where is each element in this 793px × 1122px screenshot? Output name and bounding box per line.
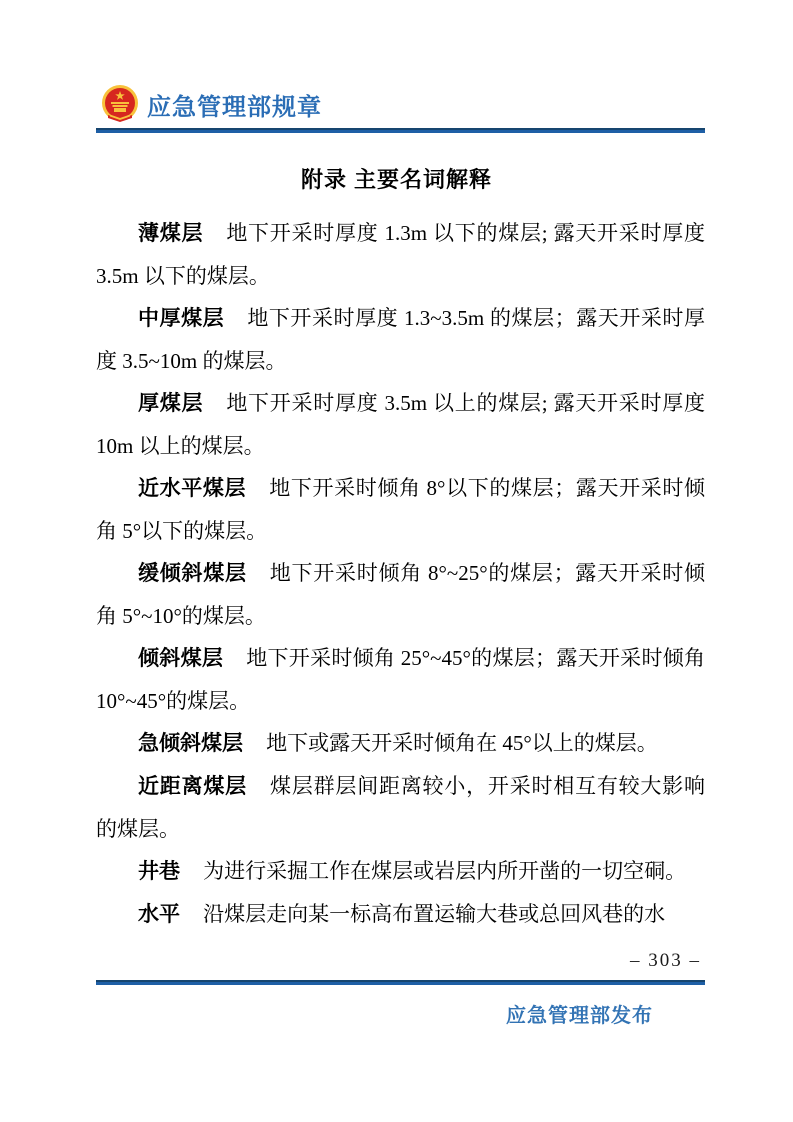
term-paragraph: 急倾斜煤层地下或露天开采时倾角在 45°以上的煤层。: [96, 722, 705, 765]
document-page: 应急管理部规章 附录 主要名词解释 薄煤层地下开采时厚度 1.3m 以下的煤层;…: [0, 0, 793, 1122]
term-paragraph: 近水平煤层地下开采时倾角 8°以下的煤层；露天开采时倾角 5°以下的煤层。: [96, 467, 705, 552]
term-paragraph: 近距离煤层煤层群层间距离较小，开采时相互有较大影响的煤层。: [96, 765, 705, 850]
term-name: 中厚煤层: [138, 307, 224, 330]
org-label: 应急管理部规章: [147, 87, 322, 122]
term-name: 近水平煤层: [138, 477, 246, 500]
national-emblem-icon: [100, 84, 140, 124]
term-paragraph: 厚煤层地下开采时厚度 3.5m 以上的煤层; 露天开采时厚度 10m 以上的煤层…: [96, 382, 705, 467]
term-name: 倾斜煤层: [138, 647, 223, 670]
term-paragraph: 水平沿煤层走向某一标高布置运输大巷或总回风巷的水: [96, 893, 705, 936]
term-paragraph: 倾斜煤层地下开采时倾角 25°~45°的煤层；露天开采时倾角 10°~45°的煤…: [96, 637, 705, 722]
page-title: 附录 主要名词解释: [0, 163, 793, 194]
term-name: 井巷: [138, 860, 180, 883]
header: 应急管理部规章: [100, 84, 705, 124]
terms-list: 薄煤层地下开采时厚度 1.3m 以下的煤层; 露天开采时厚度 3.5m 以下的煤…: [96, 212, 705, 936]
term-name: 厚煤层: [138, 392, 203, 415]
term-name: 薄煤层: [138, 222, 203, 245]
term-name: 急倾斜煤层: [138, 732, 243, 755]
term-definition: 沿煤层走向某一标高布置运输大巷或总回风巷的水: [203, 902, 665, 926]
term-definition: 为进行采掘工作在煤层或岩层内所开凿的一切空硐。: [203, 859, 686, 883]
term-name: 水平: [138, 903, 180, 926]
term-name: 近距离煤层: [138, 775, 247, 798]
term-paragraph: 薄煤层地下开采时厚度 1.3m 以下的煤层; 露天开采时厚度 3.5m 以下的煤…: [96, 212, 705, 297]
term-paragraph: 井巷为进行采掘工作在煤层或岩层内所开凿的一切空硐。: [96, 850, 705, 893]
term-definition: 地下或露天开采时倾角在 45°以上的煤层。: [266, 731, 658, 755]
term-name: 缓倾斜煤层: [138, 562, 247, 585]
term-paragraph: 中厚煤层地下开采时厚度 1.3~3.5m 的煤层；露天开采时厚度 3.5~10m…: [96, 297, 705, 382]
publisher-label: 应急管理部发布: [96, 999, 653, 1028]
footer-rule: [96, 980, 705, 985]
header-rule: [96, 128, 705, 133]
page-number: – 303 –: [96, 950, 701, 972]
term-paragraph: 缓倾斜煤层地下开采时倾角 8°~25°的煤层；露天开采时倾角 5°~10°的煤层…: [96, 552, 705, 637]
